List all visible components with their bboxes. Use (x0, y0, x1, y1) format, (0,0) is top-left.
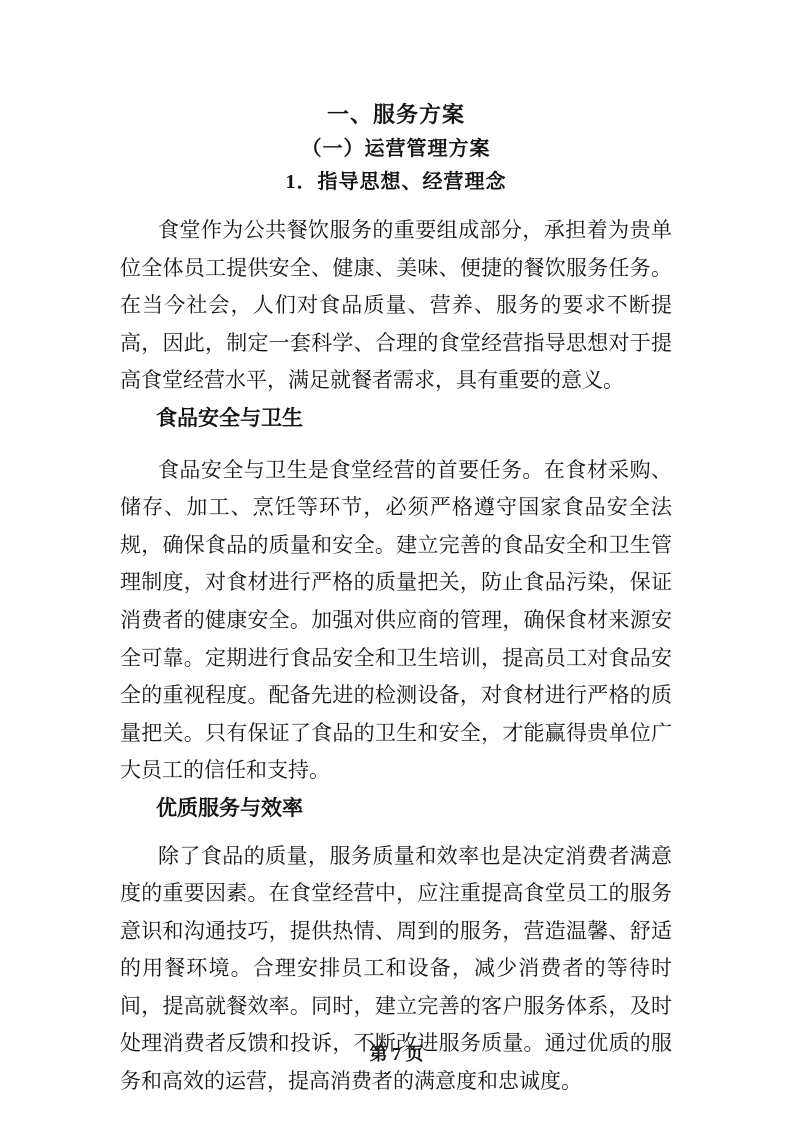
section-heading-service-quality: 优质服务与效率 (120, 790, 672, 828)
document-page: 一、服务方案 （一）运营管理方案 1．指导思想、经营理念 食堂作为公共餐饮服务的… (0, 0, 793, 1122)
doc-title-level2: （一）运营管理方案 (120, 135, 672, 163)
paragraph-intro: 食堂作为公共餐饮服务的重要组成部分，承担着为贵单位全体员工提供安全、健康、美味、… (120, 212, 672, 400)
section-heading-food-safety: 食品安全与卫生 (120, 400, 672, 438)
page-number: 第 7 页 (0, 1042, 793, 1066)
doc-title-level3: 1．指导思想、经营理念 (120, 168, 672, 196)
paragraph-food-safety: 食品安全与卫生是食堂经营的首要任务。在食材采购、储存、加工、烹饪等环节，必须严格… (120, 452, 672, 790)
doc-title-level1: 一、服务方案 (120, 101, 672, 129)
